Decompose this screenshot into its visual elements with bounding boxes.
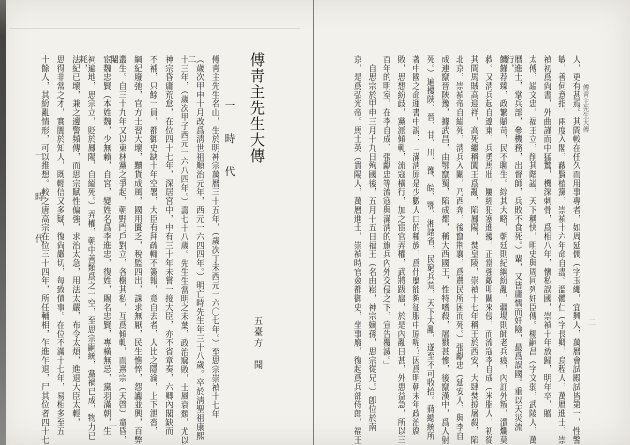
text-column: 傅靑主先生名山，生於明神宗萬曆三十五年，（歲次丁未西元一六〇七年。）至思宗崇禎十… <box>204 55 220 445</box>
page2-page-number: 二 <box>588 317 596 328</box>
text-column: 不補，只餘一員，都御史缺十年空署，大臣有拜疏輒不簽報，竟自去者，人比之隱淪，上下… <box>142 55 158 445</box>
text-column: 救。又淸兵起自遼東，兵勇馬壯，屢經犯塞進擾，正當強敵叩關來侵，而流寇李自成（米脂… <box>478 55 493 445</box>
text-column: 綱紀廢弛，官方士習大壞，黷貨成風，國用匱乏，稅監四出，誅求無厭，民生憔悴，怨讟並… <box>126 55 142 445</box>
text-column: 京，是爲弘光帝。馬士英（貴陽人，萬曆進士，崇禎時官僉都御史，坐事廢，復起爲兵部侍… <box>347 55 362 445</box>
scanner-edge-strip <box>0 0 6 445</box>
chapter-heading: 一 時 代 <box>224 100 235 180</box>
text-column: 宦魏忠賢（本姓魏，少無賴，自宮，變姓名爲李進忠，復姓，賜名忠賢，專橫無忌，黨羽滿… <box>95 55 111 445</box>
text-column: （歲次甲申十月改爲淸世祖順治元年，西元一六四四年。）明亡時先生年三十八歲。卒於淸… <box>188 55 204 445</box>
text-column: 曆進士，掌兵部，參機務，出督師，兵敗不食死。）輩，又皆庸懦而奸險，最爲誤國。重以… <box>507 55 522 445</box>
text-column: 十三年，（歲次甲子西元一六八四年。）壽七十八歲。先生生當明之末葉，政治窳敗，士風… <box>173 55 189 445</box>
text-column: 敗，思想紛歧，黨派傾軋，流寇橫行，加之宦官弄權，武將跋扈，於是內亂日甚，外患益急… <box>390 55 405 445</box>
text-column: 禎初爲尙書，外曲謹而中猛鷙，機深刺骨，爲相八年，懷私誤國，崇禎十年放歸，明年卒，… <box>536 55 551 445</box>
text-column: 祠遍地，思宗立，貶於鳳陽，自縊死。）弄權，朝中善類爲之一空，至思宗嗣統，黨禍已成… <box>80 55 96 445</box>
text-column: 著中國之命運書中說：「滿淸原是少數人口的種族，爲什麼能夠征服中原呢？因爲明朝末年… <box>405 55 420 445</box>
page2-text-block: 人，更有甚焉。其間較在任久而用事專者，如周延儒（字玉繩，宜興人，萬曆會試殿試皆第… <box>346 55 580 445</box>
text-column: 叢生。自三十九年又以東林黨之爭起，朝野門戶對立，各樹其私，互爲傾軋，而熹宗（天啓… <box>111 55 127 445</box>
text-column: 死。）遍擾陝、晉、甘、川、豫、皖、鄂、湘諸省，民窮兵荒，天下大亂，遂至不可收拾。… <box>419 55 434 445</box>
page1-margin-chapter-label: 一 時 代 <box>33 150 42 240</box>
page1-page-number: 一 <box>109 421 117 432</box>
text-column: 人，更有甚焉。其間較在任久而用事專者，如周延儒（字玉繩，宜興人，萬曆會試殿試皆第… <box>565 55 580 445</box>
book-title: 傅靑主先生大傳 <box>249 52 264 172</box>
text-column: 敏，善伺意指，兩度入閣，蔽賢植黨，崇禎十六年命自盡。溫體仁（字長卿，烏程人，萬曆… <box>551 55 566 445</box>
text-column: 神宗昏庸荒怠，在位四十七年，深居宮中，中有三十年未嘗一接大臣，亦不省章奏，六卿內… <box>157 55 173 445</box>
text-column: 其間馬賊高迎祥，高死繼稱闖王爲亂，陷鳳陽，焚皇陵，崇禎十七年稱王於西安，大肆焚掠… <box>463 55 478 445</box>
scanned-book-spread: { "page1": { "title": "傅靑主先生大傳", "chapte… <box>0 0 630 445</box>
text-column: 北京，崇禎帝自縊死，淸兵入關，乃西奔，後竄荆襄，爲農民所困而死。）張獻忠（延安人… <box>449 55 464 445</box>
text-column: 百年的明室，在李自成、張獻忠等流寇與滿淸的旗兵內外交侵之下，宣告覆滅。」 <box>376 55 391 445</box>
text-column: 法紀已壞，兼之邊警頻傳，而思宗賦性偏強，求治太急，用法太嚴，布令太煩，進退大臣太… <box>64 55 80 445</box>
page-gutter-divider <box>313 0 314 445</box>
scan-artifact-line <box>10 28 300 29</box>
text-column: 饑饉荐臻，政繁賦苛，民不聊生。綜其大略，朝廷則紀綱紛亂，疆場則師老兵疲，內訌外叛… <box>492 55 507 445</box>
author-byline: 五臺方 聞 <box>252 316 261 386</box>
page1-text-block: 傅靑主先生名山，生於明神宗萬曆三十五年，（歲次丁未西元一六〇七年。）至思宗崇禎十… <box>32 55 219 445</box>
running-head: 傅靑主先生大傳 <box>582 84 589 144</box>
text-column: 太傅，謚文忠，福王立，削其階謚，天下稱快，明史與周同列奸臣傳。楊嗣昌（字文弱，武… <box>522 55 537 445</box>
text-column: 思得非常之才，實闇於知人，既輕信又多疑，復尙嚴切，每致僨事。在位不滿十七年，易相… <box>49 55 65 445</box>
text-column: 自思宗於甲申三月十九日殉國後，五月十五日福王（名由崧，神宗嫡孫，思宗從兄。）卽位… <box>361 55 376 445</box>
text-column: 成連竄晉陝豫，據武昌，由鄂竄蜀，陷成都，稱大西國王，性特嗜殺，屠戮甚慘，後竄漢中… <box>434 55 449 445</box>
